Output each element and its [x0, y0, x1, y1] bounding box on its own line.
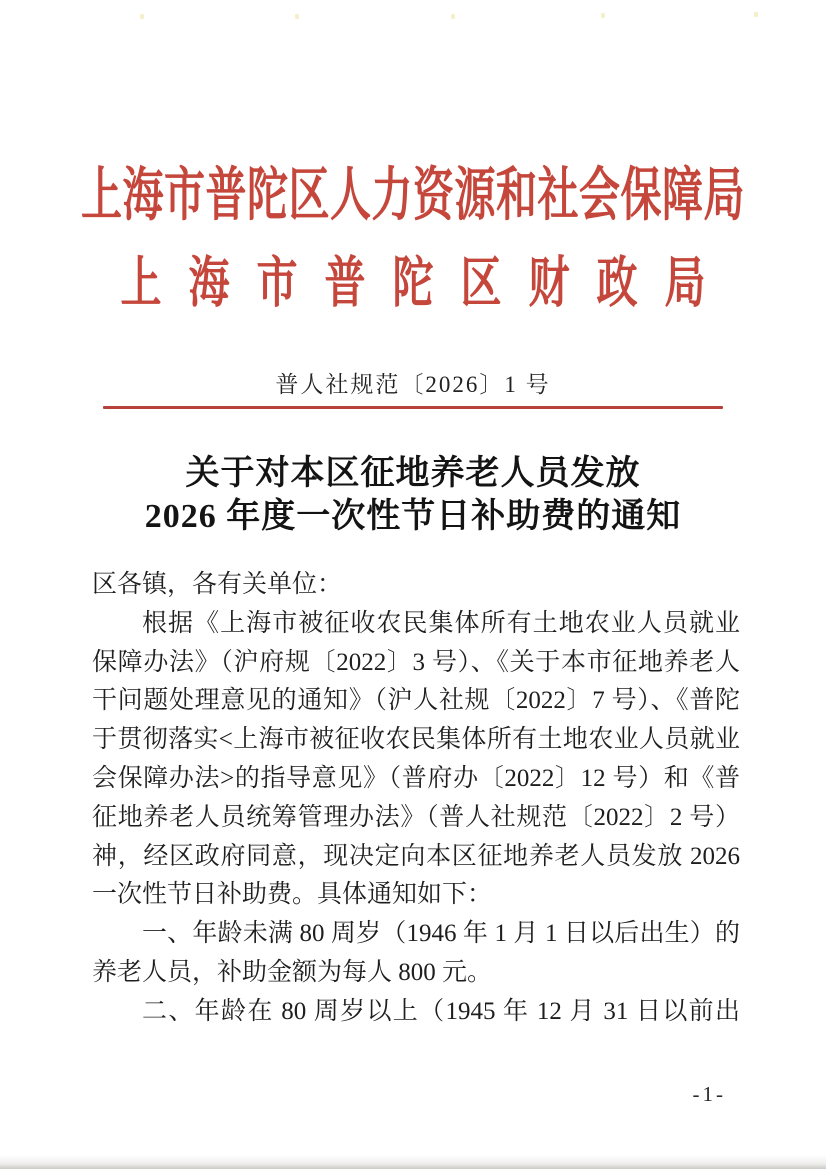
document-number: 普人社规范〔2026〕1 号 [0, 372, 826, 398]
body-line: 神，经区政府同意，现决定向本区征地养老人员发放 2026 年度 [92, 838, 740, 877]
page-number: -1- [693, 1082, 727, 1107]
body-item-2: 二、年龄在 80 周岁以上（1945 年 12 月 31 日以前出生）的 [92, 993, 740, 1032]
body-line: 养老人员，补助金额为每人 800 元。 [92, 954, 740, 993]
issuer-name-finance-bureau-text: 上海市普陀区财政局 [121, 252, 733, 314]
issuer-name-hrss-bureau: 上海市普陀区人力资源和社会保障局 [0, 148, 826, 239]
body-salutation: 区各镇，各有关单位： [92, 566, 740, 605]
scan-speck [601, 13, 605, 18]
body-item-1: 一、年龄未满 80 周岁（1946 年 1 月 1 日以后出生）的征地 [92, 915, 740, 954]
scan-speck [295, 14, 299, 19]
body-line: 征地养老人员统筹管理办法》（普人社规范〔2022〕2 号）的精 [92, 799, 740, 838]
red-separator-rule [103, 406, 723, 409]
scan-speck [140, 14, 144, 19]
document-title: 关于对本区征地养老人员发放 2026 年度一次性节日补助费的通知 [0, 452, 826, 538]
scan-speck [754, 12, 758, 17]
document-title-line2: 2026 年度一次性节日补助费的通知 [0, 495, 826, 538]
body-line: 一次性节日补助费。具体通知如下： [92, 876, 740, 915]
body-line: 根据《上海市被征收农民集体所有土地农业人员就业和社会 [92, 605, 740, 644]
document-body: 区各镇，各有关单位： 根据《上海市被征收农民集体所有土地农业人员就业和社会 保障… [92, 566, 740, 1032]
scan-bottom-edge [0, 1155, 826, 1169]
body-line: 会保障办法>的指导意见》（普府办〔2022〕12 号）和《普陀区 [92, 760, 740, 799]
body-line: 干问题处理意见的通知》（沪人社规〔2022〕7 号）、《普陀区关 [92, 682, 740, 721]
scanned-official-document-page: 上海市普陀区人力资源和社会保障局 上海市普陀区财政局 普人社规范〔2026〕1 … [0, 0, 826, 1169]
document-title-line1: 关于对本区征地养老人员发放 [0, 452, 826, 495]
body-line: 保障办法》（沪府规〔2022〕3 号）、《关于本市征地养老人员若 [92, 644, 740, 683]
body-line: 于贯彻落实<上海市被征收农民集体所有土地农业人员就业和社 [92, 721, 740, 760]
issuer-name-finance-bureau: 上海市普陀区财政局 [0, 238, 826, 319]
issuer-letterhead: 上海市普陀区人力资源和社会保障局 上海市普陀区财政局 [0, 0, 826, 298]
scan-speck [451, 14, 455, 19]
